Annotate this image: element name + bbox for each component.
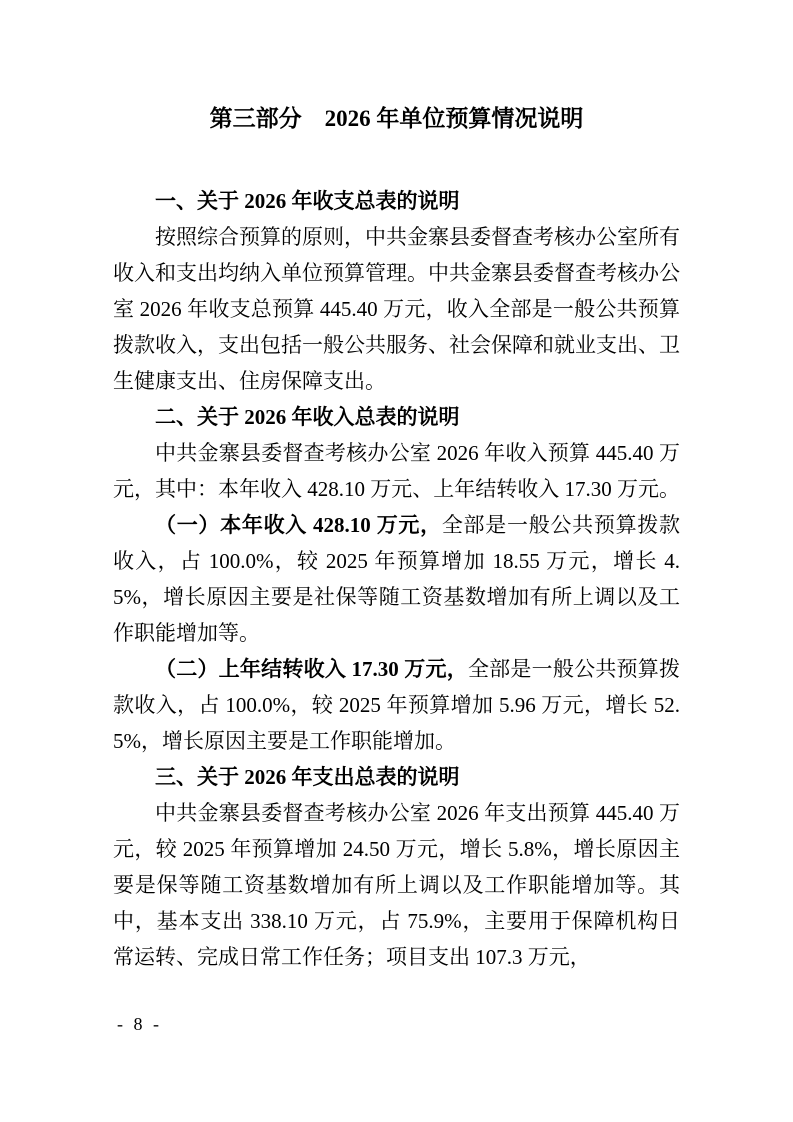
section-heading-1: 一、关于 2026 年收支总表的说明 — [113, 183, 680, 219]
paragraph-bold-lead-2: （二）上年结转收入 17.30 万元， — [155, 657, 468, 681]
document-page: 第三部分 2026 年单位预算情况说明 一、关于 2026 年收支总表的说明 按… — [0, 0, 793, 1122]
section-heading-3: 三、关于 2026 年支出总表的说明 — [113, 759, 680, 795]
document-content: 第三部分 2026 年单位预算情况说明 一、关于 2026 年收支总表的说明 按… — [113, 100, 680, 975]
page-number: - 8 - — [117, 1010, 162, 1038]
paragraph-overview: 按照综合预算的原则，中共金寨县委督查考核办公室所有收入和支出均纳入单位预算管理。… — [113, 219, 680, 399]
paragraph-bold-lead-1: （一）本年收入 428.10 万元， — [155, 513, 442, 537]
paragraph-current-year-income: （一）本年收入 428.10 万元，全部是一般公共预算拨款收入，占 100.0%… — [113, 507, 680, 651]
paragraph-carryover-income: （二）上年结转收入 17.30 万元，全部是一般公共预算拨款收入，占 100.0… — [113, 651, 680, 759]
paragraph-income-total: 中共金寨县委督查考核办公室 2026 年收入预算 445.40 万元，其中：本年… — [113, 435, 680, 507]
document-title: 第三部分 2026 年单位预算情况说明 — [113, 100, 680, 137]
section-heading-2: 二、关于 2026 年收入总表的说明 — [113, 399, 680, 435]
paragraph-expenditure-total: 中共金寨县委督查考核办公室 2026 年支出预算 445.40 万元，较 202… — [113, 795, 680, 975]
